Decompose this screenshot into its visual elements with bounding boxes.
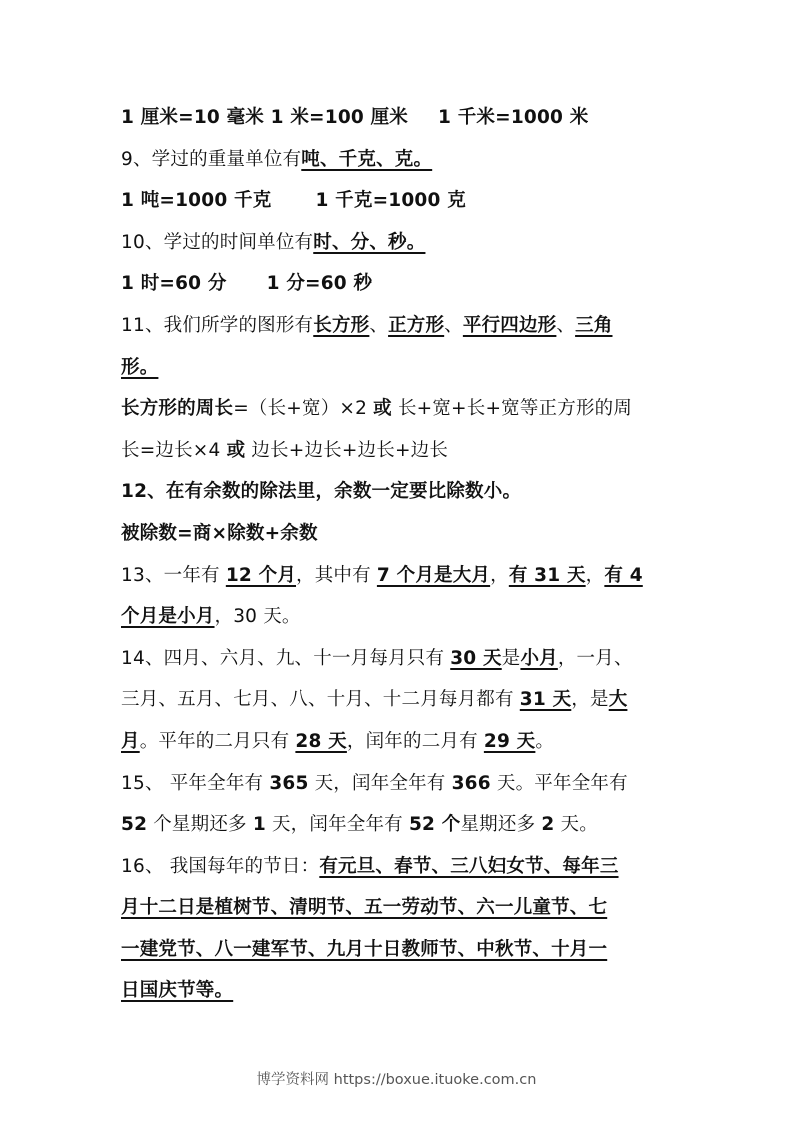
text-line: 1 时=60 分1 分=60 秒 — [121, 263, 677, 305]
text-segment: 三月、五月、七月、八、十月、十二月每月都有 — [121, 689, 520, 710]
answer-text: 28 天 — [295, 731, 347, 752]
answer-text: 吨、千克、克。 — [301, 149, 432, 170]
text-line: 16、 我国每年的节日：有元旦、春节、三八妇女节、每年三 — [121, 846, 677, 888]
bold-text: 1 时=60 分 — [121, 273, 227, 294]
text-segment: 9、学过的重量单位有 — [121, 149, 301, 170]
text-line: 1 厘米=10 毫米 1 米=100 厘米1 千米=1000 米 — [121, 97, 677, 139]
text-segment: ，其中有 — [296, 565, 377, 586]
text-line: 52 个星期还多 1 天，闰年全年有 52 个星期还多 2 天。 — [121, 804, 677, 846]
bold-text: 1 分=60 秒 — [267, 273, 373, 294]
answer-text: 31 天 — [520, 689, 572, 710]
text-segment: 。平年的二月只有 — [140, 731, 296, 752]
bold-text: 365 — [269, 773, 308, 794]
bold-text: 或 — [227, 440, 246, 461]
text-segment: 星期还多 — [460, 814, 541, 835]
text-segment: 、 — [556, 315, 575, 336]
bold-text: 1 厘米=10 毫米 1 米=100 厘米 — [121, 107, 408, 128]
answer-text: 有元旦、春节、三八妇女节、每年三 — [319, 856, 618, 877]
text-line: 长方形的周长=（长+宽）×2 或 长+宽+长+宽等正方形的周 — [121, 388, 677, 430]
text-segment: 天，闰年全年有 — [309, 773, 452, 794]
answer-text: 7 个月是大月 — [377, 565, 490, 586]
text-segment: 13、一年有 — [121, 565, 226, 586]
text-segment: 长+宽+长+宽等正方形的周 — [392, 398, 632, 419]
text-segment: ， — [490, 565, 509, 586]
bold-text: 1 千米=1000 米 — [438, 107, 588, 128]
answer-text: 大 — [609, 689, 628, 710]
answer-text: 30 天 — [450, 648, 502, 669]
bold-text: 12、在有余数的除法里，余数一定要比除数小。 — [121, 481, 521, 502]
footer-watermark: 博学资料网 https://boxue.ituoke.com.cn — [0, 1068, 793, 1089]
answer-text: 日国庆节等。 — [121, 980, 233, 1001]
answer-text: 长方形 — [313, 315, 369, 336]
answer-text: 月 — [121, 731, 140, 752]
text-line: 一建党节、八一建军节、九月十日教师节、中秋节、十月一 — [121, 929, 677, 971]
text-line: 13、一年有 12 个月，其中有 7 个月是大月，有 31 天，有 4 — [121, 555, 677, 597]
text-line: 长=边长×4 或 边长+边长+边长+边长 — [121, 430, 677, 472]
text-segment: 、 — [369, 315, 388, 336]
text-line: 12、在有余数的除法里，余数一定要比除数小。 — [121, 471, 677, 513]
text-segment: 是 — [502, 648, 521, 669]
text-segment: 天。平年全年有 — [491, 773, 628, 794]
text-line: 14、四月、六月、九、十一月每月只有 30 天是小月，一月、 — [121, 638, 677, 680]
bold-text: 52 个 — [409, 814, 461, 835]
answer-text: 正方形 — [388, 315, 444, 336]
answer-text: 一建党节、八一建军节、九月十日教师节、中秋节、十月一 — [121, 939, 607, 960]
text-segment: 边长+边长+边长+边长 — [245, 440, 448, 461]
bold-text: 366 — [452, 773, 491, 794]
answer-text: 有 4 — [604, 565, 642, 586]
answer-text: 时、分、秒。 — [313, 232, 425, 253]
text-segment: ，一月、 — [558, 648, 633, 669]
text-line: 9、学过的重量单位有吨、千克、克。 — [121, 139, 677, 181]
bold-text: 52 — [121, 814, 147, 835]
text-line: 10、学过的时间单位有时、分、秒。 — [121, 222, 677, 264]
text-segment: 16、 我国每年的节日： — [121, 856, 319, 877]
text-line: 15、 平年全年有 365 天，闰年全年有 366 天。平年全年有 — [121, 763, 677, 805]
text-segment: 11、我们所学的图形有 — [121, 315, 313, 336]
text-line: 月。平年的二月只有 28 天，闰年的二月有 29 天。 — [121, 721, 677, 763]
text-segment: ，30 天。 — [215, 606, 301, 627]
text-segment: 天。 — [554, 814, 597, 835]
text-segment: =（长+宽）×2 — [233, 398, 373, 419]
bold-text: 1 — [253, 814, 266, 835]
answer-text: 有 31 天 — [509, 565, 586, 586]
bold-text: 被除数=商×除数+余数 — [121, 523, 318, 544]
text-segment: 天，闰年全年有 — [266, 814, 409, 835]
document-body: 1 厘米=10 毫米 1 米=100 厘米1 千米=1000 米9、学过的重量单… — [121, 97, 677, 1012]
text-segment: 10、学过的时间单位有 — [121, 232, 313, 253]
text-line: 个月是小月，30 天。 — [121, 596, 677, 638]
answer-text: 形。 — [121, 357, 158, 378]
text-segment: 个星期还多 — [147, 814, 253, 835]
text-line: 月十二日是植树节、清明节、五一劳动节、六一儿童节、七 — [121, 887, 677, 929]
answer-text: 12 个月 — [226, 565, 296, 586]
text-line: 被除数=商×除数+余数 — [121, 513, 677, 555]
text-segment: ，是 — [571, 689, 608, 710]
answer-text: 月十二日是植树节、清明节、五一劳动节、六一儿童节、七 — [121, 897, 607, 918]
text-line: 形。 — [121, 347, 677, 389]
text-line: 三月、五月、七月、八、十月、十二月每月都有 31 天，是大 — [121, 679, 677, 721]
text-segment: 。 — [535, 731, 554, 752]
answer-text: 平行四边形 — [463, 315, 557, 336]
answer-text: 三角 — [575, 315, 612, 336]
text-segment: 15、 平年全年有 — [121, 773, 269, 794]
bold-text: 或 — [373, 398, 392, 419]
answer-text: 个月是小月 — [121, 606, 215, 627]
text-line: 日国庆节等。 — [121, 970, 677, 1012]
text-line: 11、我们所学的图形有长方形、正方形、平行四边形、三角 — [121, 305, 677, 347]
answer-text: 小月 — [520, 648, 557, 669]
text-segment: 、 — [444, 315, 463, 336]
bold-text: 1 千克=1000 克 — [315, 190, 465, 211]
answer-text: 29 天 — [484, 731, 536, 752]
bold-text: 2 — [541, 814, 554, 835]
text-segment: 长=边长×4 — [121, 440, 227, 461]
bold-text: 长方形的周长 — [121, 398, 233, 419]
text-line: 1 吨=1000 千克1 千克=1000 克 — [121, 180, 677, 222]
bold-text: 1 吨=1000 千克 — [121, 190, 271, 211]
text-segment: 14、四月、六月、九、十一月每月只有 — [121, 648, 450, 669]
text-segment: ， — [586, 565, 605, 586]
text-segment: ，闰年的二月有 — [347, 731, 484, 752]
